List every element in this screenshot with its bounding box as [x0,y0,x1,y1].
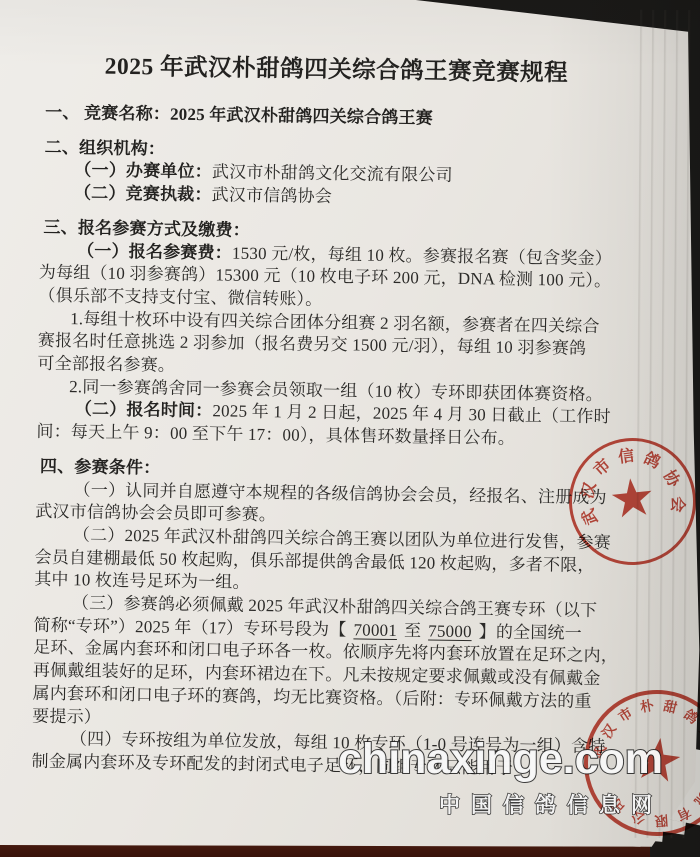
field-label: （二）报名时间： [75,400,213,421]
doc-line: 一、 竞赛名称：2025 年武汉朴甜鸽四关综合鸽王赛 [45,102,641,134]
line-text: 其中 10 枚连号足环为一组。 [34,570,250,592]
section-heading: 三、报名参赛方式及缴费： [43,218,250,240]
line-text: （俱乐部不支持支付宝、微信转账）。 [38,286,322,309]
star-icon: ★ [606,471,658,528]
line-text: 】的全国统一 [479,622,582,643]
line-text: 1530 元/枚，每组 10 枚。参赛报名赛（包含奖金） [232,243,612,268]
document-body: 2025 年武汉朴甜鸽四关综合鸽王赛竞赛规程 一、 竞赛名称：2025 年武汉朴… [0,0,700,783]
stamp-company: 武汉市朴甜鸽文化交流有限公司 ★ [575,681,700,846]
line-text: 要提示） [32,706,101,726]
line-text: 武汉市信鸽协会 [211,185,332,206]
section-heading: 二、组织机构： [45,137,166,158]
field-label: （一）办赛单位： [74,161,212,182]
line-text: 武汉市朴甜鸽文化交流有限公司 [212,163,453,186]
ring-number-end: 75000 [421,621,479,641]
field-label: （二）竞赛执裁： [74,183,212,204]
section-heading: 一、 竞赛名称：2025 年武汉朴甜鸽四关综合鸽王赛 [45,103,433,128]
line-text: 2025 年 1 月 2 日起，2025 年 4 月 30 日截止（工作时 [212,402,611,427]
ring-number-start: 70001 [346,620,404,640]
stamp-association: 武汉市信鸽协会 ★ [563,432,700,572]
line-text: 武汉市信鸽协会会员即可参赛。 [35,502,276,525]
line-text: 可全部报名参赛。 [37,354,175,375]
section-heading: 四、参赛条件： [40,457,161,478]
field-label: （一）报名参赛费： [77,241,232,262]
photographed-document: { "document": { "title": "2025 年武汉朴甜鸽四关综… [0,0,700,857]
star-icon: ★ [628,728,688,793]
line-text: 至 [404,621,421,640]
document-title: 2025 年武汉朴甜鸽四关综合鸽王赛竞赛规程 [68,46,605,88]
line-text: 简称“专环”）2025 年（17）专环号段为【 [33,615,346,639]
